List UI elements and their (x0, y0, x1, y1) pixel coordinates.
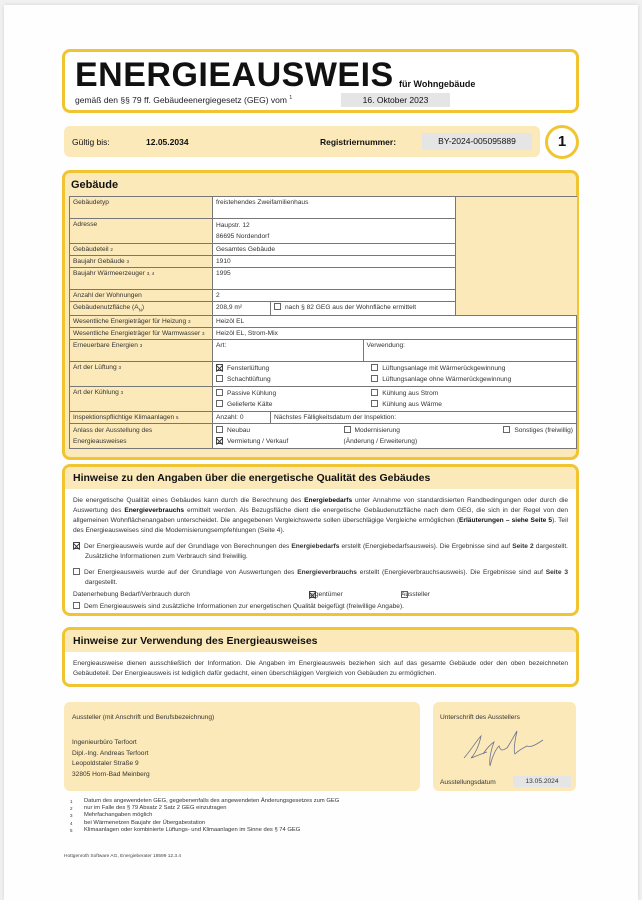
option-vent-with-recovery[interactable]: Lüftungsanlage mit Wärmerückgewinnung (371, 363, 573, 374)
signature-label: Unterschrift des Ausstellers (440, 714, 520, 721)
table-row: Art der Kühlung 3 Passive KühlungKühlung… (70, 387, 577, 412)
ac-next-inspection: Nächstes Fälligkeitsdatum der Inspektion… (271, 412, 577, 424)
building-section: Gebäude Gebäudetyp freistehendes Zweifam… (62, 170, 579, 460)
reason-options: Neubau Modernisierung Sonstiges (freiwil… (213, 424, 577, 449)
footnotes: 1Datum des angewendeten GEG, gegebenenfa… (70, 798, 339, 834)
row-label: Baujahr Wärmeerzeuger 3, 4 (70, 268, 213, 290)
building-photo-area (456, 197, 577, 316)
units-value: 2 (213, 290, 456, 302)
area-value: 208,9 m² (213, 302, 271, 316)
checkbox[interactable] (503, 426, 510, 433)
checkbox-checked[interactable] (73, 542, 80, 549)
option-other[interactable]: Sonstiges (freiwillig) (471, 425, 573, 436)
footnote: 4bei Wärmenetzen Baujahr der Übergabesta… (70, 820, 339, 827)
checkbox[interactable] (371, 400, 378, 407)
table-row: Gebäudetyp freistehendes Zweifamilienhau… (70, 197, 577, 219)
issuer-label: Aussteller (mit Anschrift und Berufsbeze… (72, 714, 214, 721)
validity-bar: Gültig bis: 12.05.2034 Registriernummer:… (64, 126, 540, 157)
law-reference: gemäß den §§ 79 ff. Gebäudeenergiegesetz… (75, 95, 292, 105)
row-label: Gebäudeteil 2 (70, 244, 213, 256)
page-number-badge: 1 (545, 125, 579, 159)
modernization-note: (Änderung / Erweiterung) (344, 436, 472, 447)
quality-notes-section: Hinweise zu den Angaben über die energet… (62, 464, 579, 616)
checkbox[interactable] (216, 375, 223, 382)
area-option[interactable]: nach § 82 GEG aus der Wohnfläche ermitte… (271, 302, 456, 316)
checkbox[interactable] (73, 568, 80, 575)
section-title: Gebäude (65, 173, 576, 196)
heating-value: Heizöl EL (213, 316, 577, 328)
table-row: Wesentliche Energieträger für Heizung 3 … (70, 316, 577, 328)
software-credit: Hottgenroth Software AG, Energieberater … (64, 854, 181, 859)
valid-until-label: Gültig bis: (72, 137, 110, 147)
checkbox[interactable] (73, 602, 80, 609)
option-rent-sale[interactable]: Vermietung / Verkauf (216, 436, 344, 447)
address-street: Haupstr. 12 (216, 220, 452, 231)
section-title: Hinweise zur Verwendung des Energieauswe… (65, 630, 576, 652)
building-part-value: Gesamtes Gebäude (213, 244, 456, 256)
option-heat-cooling[interactable]: Kühlung aus Wärme (371, 399, 573, 410)
checkbox[interactable] (274, 303, 281, 310)
signature-box: Unterschrift des Ausstellers Ausstellung… (433, 702, 576, 791)
footnote-ref: 1 (289, 95, 292, 101)
row-label: Erneuerbare Energien 3 (70, 340, 213, 362)
checkbox[interactable] (216, 400, 223, 407)
footnote: 2nur im Falle des § 79 Absatz 2 Satz 2 G… (70, 805, 339, 812)
signature-image (461, 728, 546, 770)
usage-notes-section: Hinweise zur Verwendung des Energieauswe… (62, 627, 579, 687)
option-consumption-certificate[interactable]: Der Energieausweis wurde auf der Grundla… (65, 568, 576, 588)
row-label: Art der Kühlung 3 (70, 387, 213, 412)
row-label: Anlass der Ausstellung desEnergieausweis… (70, 424, 213, 449)
building-type-value: freistehendes Zweifamilienhaus (213, 197, 456, 219)
issuer-address: Ingenieurbüro Terfoort Dipl.-Ing. Andrea… (72, 738, 150, 780)
option-window-ventilation[interactable]: Fensterlüftung (216, 363, 371, 374)
option-shaft-ventilation[interactable]: Schachtlüftung (216, 374, 371, 385)
renewable-use: Verwendung: (363, 340, 577, 362)
data-collection-label: Datenerhebung Bedarf/Verbrauch durch (73, 591, 190, 598)
footnote: 3Mehrfachangaben möglich (70, 812, 339, 819)
footnote: 1Datum des angewendeten GEG, gegebenenfa… (70, 798, 339, 805)
registration-number-field: BY-2024-005095889 (422, 133, 532, 150)
cooling-options: Passive KühlungKühlung aus Strom Geliefe… (213, 387, 577, 412)
renewable-kind: Art: (213, 340, 364, 362)
issue-date-field: 13.05.2024 (513, 776, 571, 787)
year-heater-value: 1995 (213, 268, 456, 290)
ac-count: Anzahl: 0 (213, 412, 271, 424)
row-label: Anzahl der Wohnungen (70, 290, 213, 302)
issue-date-label: Ausstellungsdatum (440, 779, 496, 786)
year-building-value: 1910 (213, 256, 456, 268)
checkbox-checked[interactable] (216, 364, 223, 371)
address-city: 86695 Nordendorf (216, 231, 452, 242)
registration-label: Registriernummer: (320, 137, 396, 147)
valid-until-value: 12.05.2034 (146, 137, 189, 147)
document-title: ENERGIEAUSWEIS (75, 56, 394, 94)
data-collection-row: Datenerhebung Bedarf/Verbrauch durch Eig… (65, 591, 576, 601)
row-label: Baujahr Gebäude 3 (70, 256, 213, 268)
ventilation-options: FensterlüftungLüftungsanlage mit Wärmerü… (213, 362, 577, 387)
option-additional-info[interactable]: Dem Energieausweis sind zusätzliche Info… (65, 602, 576, 612)
building-table: Gebäudetyp freistehendes Zweifamilienhau… (69, 196, 577, 449)
option-new-build[interactable]: Neubau (216, 425, 344, 436)
address-value: Haupstr. 12 86695 Nordendorf (213, 219, 456, 244)
row-label: Adresse (70, 219, 213, 244)
row-label: Art der Lüftung 3 (70, 362, 213, 387)
table-row: Wesentliche Energieträger für Warmwasser… (70, 328, 577, 340)
checkbox[interactable] (371, 375, 378, 382)
footnote: 5Klimaanlagen oder kombinierte Lüftungs-… (70, 827, 339, 834)
row-label: Wesentliche Energieträger für Warmwasser… (70, 328, 213, 340)
checkbox-checked[interactable] (216, 437, 223, 444)
checkbox[interactable] (216, 426, 223, 433)
table-row: Anlass der Ausstellung desEnergieausweis… (70, 424, 577, 449)
checkbox[interactable] (216, 389, 223, 396)
row-label: Gebäudetyp (70, 197, 213, 219)
issuer-box: Aussteller (mit Anschrift und Berufsbeze… (64, 702, 420, 791)
option-modernization[interactable]: Modernisierung (344, 425, 472, 436)
hotwater-value: Heizöl EL, Strom-Mix (213, 328, 577, 340)
option-vent-without-recovery[interactable]: Lüftungsanlage ohne Wärmerückgewinnung (371, 374, 573, 385)
row-label: Wesentliche Energieträger für Heizung 3 (70, 316, 213, 328)
checkbox[interactable] (344, 426, 351, 433)
law-text: gemäß den §§ 79 ff. Gebäudeenergiegesetz… (75, 95, 287, 105)
option-electric-cooling[interactable]: Kühlung aus Strom (371, 388, 573, 399)
usage-paragraph: Energieausweise dienen ausschließlich de… (65, 659, 576, 679)
checkbox[interactable] (371, 364, 378, 371)
row-label: Inspektionspflichtige Klimaanlagen 5 (70, 412, 213, 424)
row-label: Gebäudenutzfläche (AN) (70, 302, 213, 316)
quality-intro-paragraph: Die energetische Qualität eines Gebäudes… (65, 496, 576, 536)
table-row: Inspektionspflichtige Klimaanlagen 5 Anz… (70, 412, 577, 424)
option-delivered-cooling[interactable]: Gelieferte Kälte (216, 399, 371, 410)
document-subtitle: für Wohngebäude (399, 79, 475, 89)
header-box: ENERGIEAUSWEIS für Wohngebäude gemäß den… (62, 49, 579, 113)
option-passive-cooling[interactable]: Passive Kühlung (216, 388, 371, 399)
section-title: Hinweise zu den Angaben über die energet… (65, 467, 576, 489)
table-row: Erneuerbare Energien 3 Art: Verwendung: (70, 340, 577, 362)
option-demand-certificate[interactable]: Der Energieausweis wurde auf der Grundla… (65, 542, 576, 562)
checkbox[interactable] (371, 389, 378, 396)
table-row: Art der Lüftung 3 FensterlüftungLüftungs… (70, 362, 577, 387)
law-date-field: 16. Oktober 2023 (341, 93, 450, 107)
